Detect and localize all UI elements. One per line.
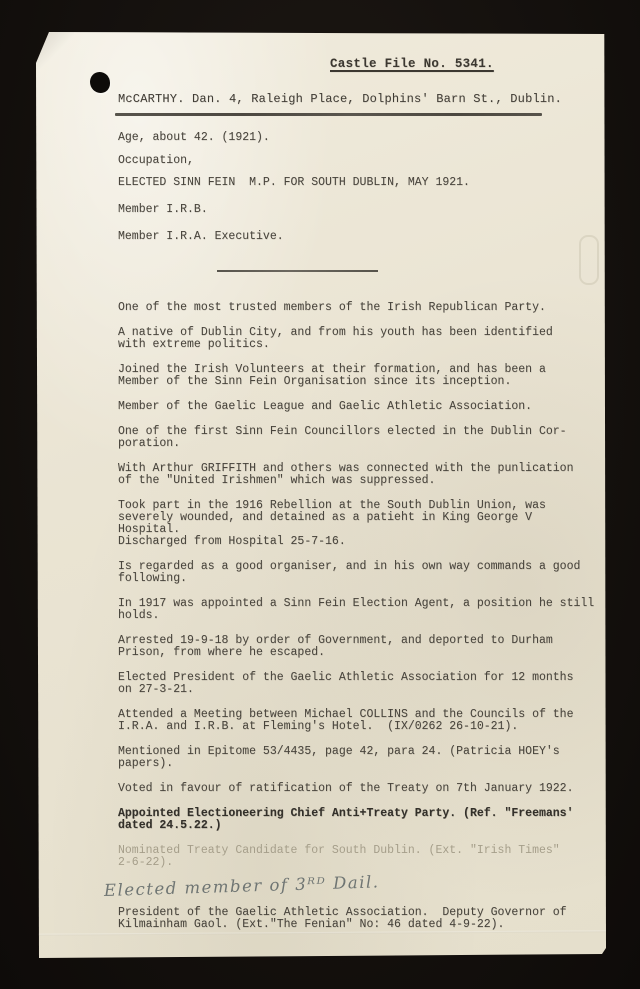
document-content: Castle File No. 5341. McCARTHY. Dan. 4, …	[36, 32, 606, 944]
detail-line-elected: ELECTED SINN FEIN M.P. FOR SOUTH DUBLIN,…	[118, 177, 600, 189]
detail-line-irb: Member I.R.B.	[118, 204, 600, 216]
paragraph: A native of Dublin City, and from his yo…	[118, 327, 600, 351]
subject-heading: McCARTHY. Dan. 4, Raleigh Place, Dolphin…	[118, 93, 600, 105]
paragraph: President of the Gaelic Athletic Associa…	[118, 907, 600, 931]
paragraph: One of the most trusted members of the I…	[118, 302, 600, 314]
detail-line-ira: Member I.R.A. Executive.	[118, 231, 600, 243]
paragraph: Voted in favour of ratification of the T…	[118, 783, 600, 795]
detail-line-occupation: Occupation,	[118, 155, 600, 167]
document-page: Castle File No. 5341. McCARTHY. Dan. 4, …	[36, 32, 606, 958]
paragraph: Took part in the 1916 Rebellion at the S…	[118, 500, 600, 548]
subject-details: Age, about 42. (1921). Occupation, ELECT…	[118, 132, 600, 243]
paragraph-faded: Nominated Treaty Candidate for South Dub…	[118, 845, 600, 869]
paragraph: Is regarded as a good organiser, and in …	[118, 561, 600, 585]
heading-rule	[115, 113, 542, 116]
paragraph: Joined the Irish Volunteers at their for…	[118, 364, 600, 388]
handwritten-note: Elected member of 3ᴿᴰ Dail.	[104, 866, 600, 900]
paragraph: One of the first Sinn Fein Councillors e…	[118, 426, 600, 450]
paragraph: Attended a Meeting between Michael COLLI…	[118, 709, 600, 733]
paragraph: Mentioned in Epitome 53/4435, page 42, p…	[118, 746, 600, 770]
paragraph: Elected President of the Gaelic Athletic…	[118, 672, 600, 696]
report-body: One of the most trusted members of the I…	[118, 302, 600, 931]
paragraph: Arrested 19-9-18 by order of Government,…	[118, 635, 600, 659]
paragraph: With Arthur GRIFFITH and others was conn…	[118, 463, 600, 487]
file-number: Castle File No. 5341.	[330, 58, 600, 70]
paragraph: In 1917 was appointed a Sinn Fein Electi…	[118, 598, 600, 622]
section-divider	[217, 270, 378, 272]
detail-line-age: Age, about 42. (1921).	[118, 132, 600, 144]
paragraph-emphasized: Appointed Electioneering Chief Anti+Trea…	[118, 808, 600, 832]
paragraph: Member of the Gaelic League and Gaelic A…	[118, 401, 600, 413]
